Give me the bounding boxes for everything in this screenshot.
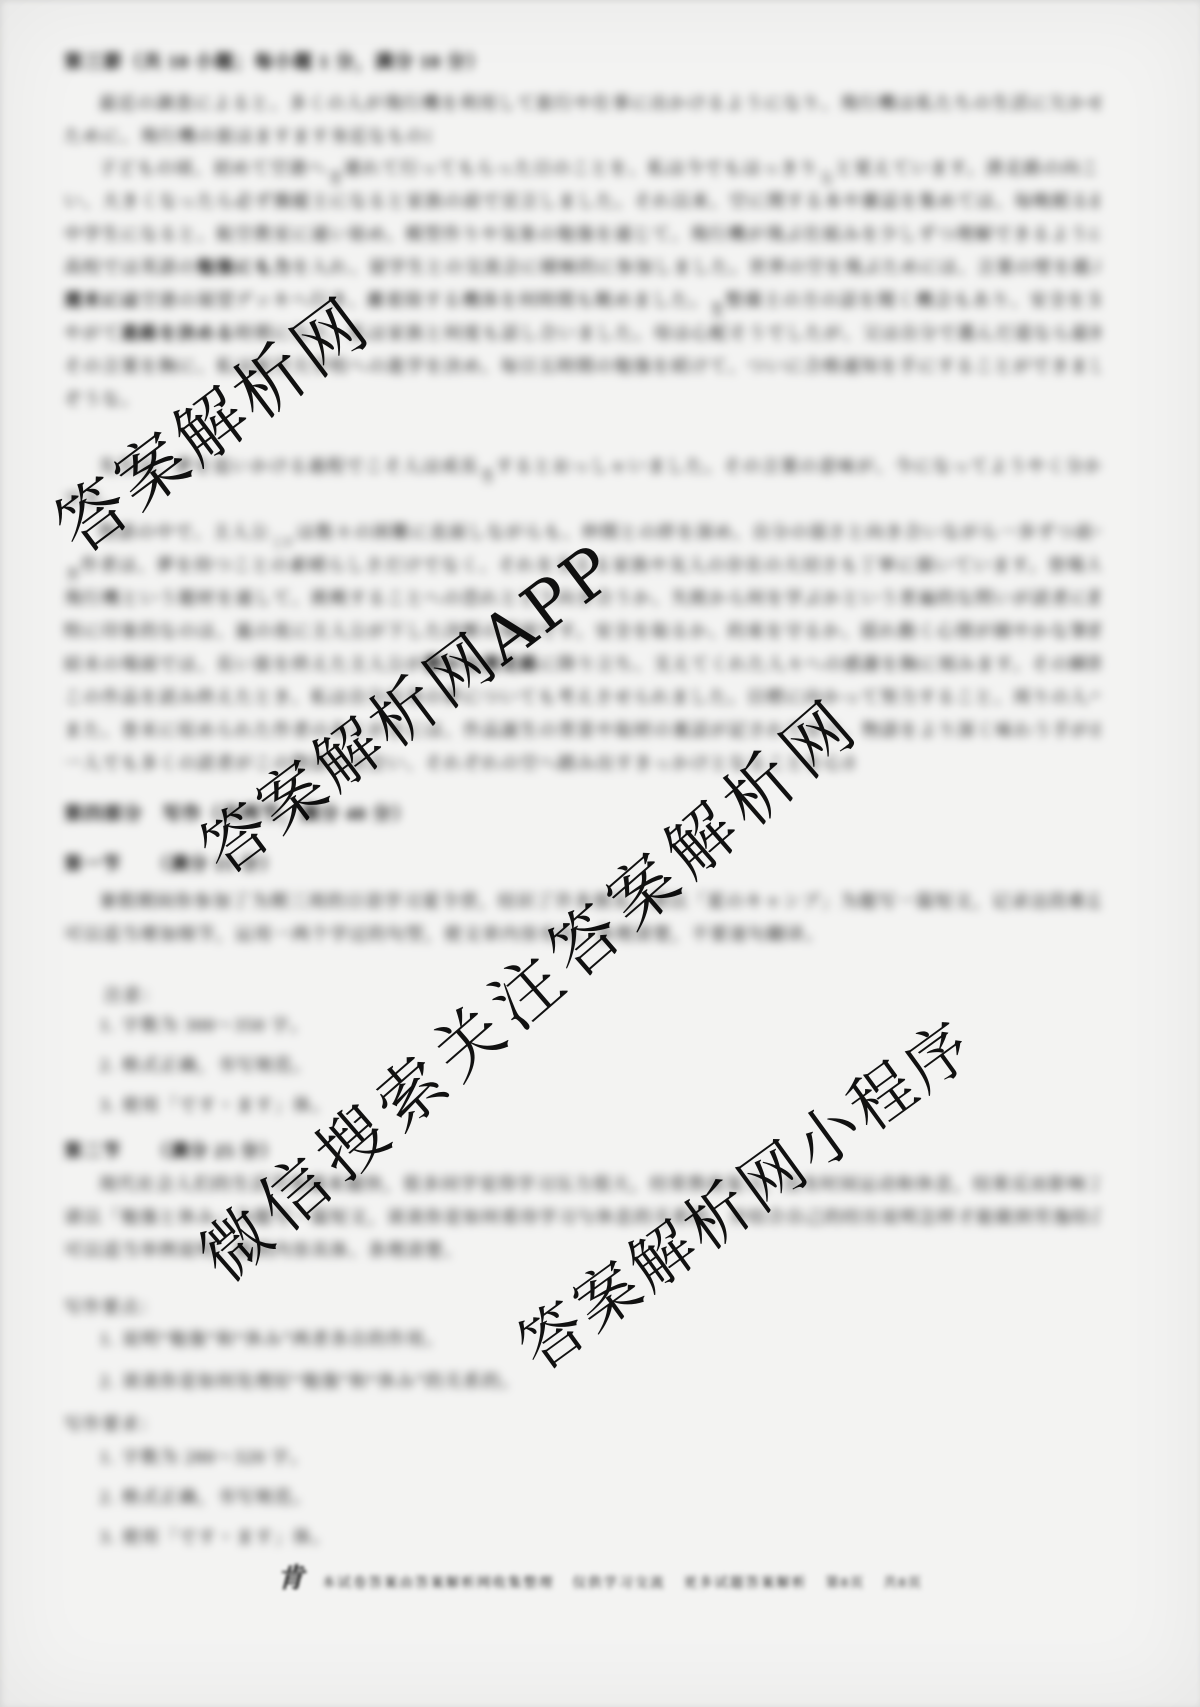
paragraph-line: 結末の場面では、長い旅を終えた主人公が静かな滑走路に降り立ち、支えてくれた人々へ… <box>64 648 1100 681</box>
document-page: 第三節（共 10 小題；每小題 1 分，满分 10 分） 最近の調査によると、多… <box>0 0 1200 1707</box>
paragraph-line: 子どもの頃、初めて空港へ迷速連れて行ってもらった日のことを、私は今でもはっきり込… <box>64 152 1100 185</box>
ruby-annotation: 迷速 <box>330 172 341 185</box>
paragraph-line: 现代社会人们的生活节奏越来越快，很多同学觉得学习压力很大，经常熬夜复习，没有时间… <box>64 1168 1100 1201</box>
ruby-annotation: 込述 <box>822 172 833 185</box>
footer-text-segment: 本试卷答案由答案解析网收集整理 <box>322 1571 555 1591</box>
footer-text-segment: 更多试题答案解析 <box>684 1571 808 1591</box>
paragraph-line: ために、飛行機の旅はますます身近なものになりました。 <box>64 120 430 153</box>
paragraph-a: 最近の調査によると、多くの人が飛行機を利用して旅行や仕事に出かけるようになり、飛… <box>64 87 1100 153</box>
paragraph-line: 可以适当增加细节，运用一两个学过的句型，使文章内容充实、条理清楚，不要逐句翻译。 <box>64 918 850 951</box>
footer-text-segment: 共8页 <box>883 1571 923 1591</box>
list-item: 2. 格式正确，书写规范。 <box>64 1484 1100 1511</box>
paragraph-line: 高校では英語の勉強にも力を入れ、留学生との交流会に積極的に参加しました。世界の空… <box>64 251 1100 284</box>
ruby-annotation: 逃述 <box>482 470 493 483</box>
footer-text-segment: 仅供学习交流 <box>573 1571 666 1591</box>
paragraph-line: また、巻末に収められた作者のあとがきには、作品誕生の背景や取材の裏話が記されてお… <box>64 714 1100 747</box>
paragraph-line: 中学生になると、航空教室に通い始め、模型作りや気象の勉強を通じて、飛行機が飛ぶ仕… <box>64 218 1100 251</box>
footer-logo: 肯 <box>277 1556 304 1595</box>
ruby-annotation: 飛行 <box>67 569 78 582</box>
ruby-annotation: しゅじん <box>273 536 294 549</box>
paragraph-line: い、大きくなったら必ず操縦士になると家族の前で宣言しました。それ以来、空に関する… <box>64 185 1100 218</box>
list-item: 3. 使用「です・ます」体。 <box>64 1524 1100 1551</box>
subsection-heading-2: 第二节 （满分 25 分） <box>64 1136 1100 1166</box>
paragraph-line: やがて進路を決める時期になり、私は家族と何度も話し合いました。母は心配そうでした… <box>64 317 1100 350</box>
section-heading-1: 第三節（共 10 小題；每小題 1 分，满分 10 分） <box>64 48 1100 78</box>
paragraph-line: 週末には空港の展望デッキへ行き、離着陸する機体を何時間も眺めました。整備整備士の… <box>64 284 1100 317</box>
requirements-label: 写作要求： <box>64 1410 1100 1438</box>
requirement-list-2: 1. 字数为 280～320 字。 2. 格式正确，书写规范。 3. 使用「です… <box>64 1444 1100 1564</box>
paragraph-line: ぞうな。 <box>64 383 164 416</box>
footer-text-segment: 第8页 <box>826 1571 866 1591</box>
list-item: 1. 字数为 280～320 字。 <box>64 1444 1100 1471</box>
paragraph-line: この作品を読み終えたとき、私は自分自身の夢についても考えさせられました。目標に向… <box>64 681 1100 714</box>
paragraph-line: 最近の調査によると、多くの人が飛行機を利用して旅行や仕事に出かけるようになり、飛… <box>64 87 1100 120</box>
list-item: 2. 谈谈你是如何处理好“勉強”和“休み”的关系的。 <box>64 1368 1100 1395</box>
page-footer: 肯 本试卷答案由答案解析网收集整理 仅供学习交流 更多试题答案解析 第8页 共8… <box>0 1556 1200 1595</box>
ruby-annotation: 整備 <box>712 304 723 317</box>
